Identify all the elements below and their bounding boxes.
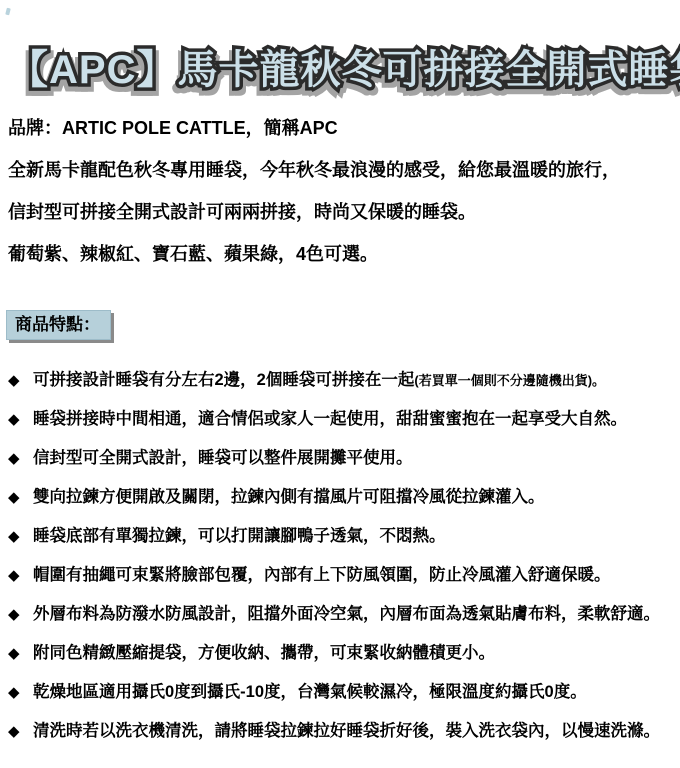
feature-text: 附同色精緻壓縮提袋，方便收納、攜帶，可束緊收納體積更小。: [33, 644, 495, 662]
feature-text: 外層布料為防潑水防風設計，阻擋外面冷空氣，內層布面為透氣貼膚布料，柔軟舒適。: [33, 605, 660, 623]
diamond-bullet-icon: ◆: [8, 449, 22, 469]
feature-list: ◆可拼接設計睡袋有分左右2邊，2個睡袋可拼接在一起(若買單一個則不分邊隨機出貨)…: [8, 370, 660, 760]
product-description-page: 【APC】馬卡龍秋冬可拼接全開式睡袋 【APC】馬卡龍秋冬可拼接全開式睡袋 【A…: [0, 0, 680, 768]
feature-note-tail: 。: [592, 373, 605, 388]
feature-item: ◆外層布料為防潑水防風設計，阻擋外面冷空氣，內層布面為透氣貼膚布料，柔軟舒適。: [8, 604, 660, 625]
feature-text: 雙向拉鍊方便開啟及關閉，拉鍊內側有擋風片可阻擋冷風從拉鍊灌入。: [33, 488, 545, 506]
diamond-bullet-icon: ◆: [8, 605, 22, 625]
diamond-bullet-icon: ◆: [8, 410, 22, 430]
brand-line: 品牌：ARTIC POLE CATTLE，簡稱APC: [8, 118, 620, 138]
diamond-bullet-icon: ◆: [8, 371, 22, 391]
diamond-bullet-icon: ◆: [8, 644, 22, 664]
intro-line-4: 葡萄紫、辣椒紅、寶石藍、蘋果綠，4色可選。: [8, 244, 620, 264]
diamond-bullet-icon: ◆: [8, 527, 22, 547]
feature-note: (若買單一個則不分邊隨機出貨): [414, 373, 592, 388]
feature-text: 睡袋底部有單獨拉鍊，可以打開讓腳鴨子透氣，不悶熱。: [33, 527, 446, 545]
feature-item: ◆清洗時若以洗衣機清洗，請將睡袋拉鍊拉好睡袋折好後，裝入洗衣袋內，以慢速洗滌。: [8, 721, 660, 742]
feature-item: ◆睡袋底部有單獨拉鍊，可以打開讓腳鴨子透氣，不悶熱。: [8, 526, 660, 547]
section-header-features: 商品特點：: [6, 310, 111, 340]
feature-text: 睡袋拼接時中間相通，適合情侶或家人一起使用，甜甜蜜蜜抱在一起享受大自然。: [33, 410, 627, 428]
feature-text: 乾燥地區適用攝氏0度到攝氏-10度，台灣氣候較濕冷，極限溫度約攝氏0度。: [33, 683, 587, 701]
feature-item: ◆信封型可全開式設計，睡袋可以整件展開攤平使用。: [8, 448, 660, 469]
stray-mark-icon: [5, 8, 11, 16]
feature-text: 帽圍有抽繩可束緊將臉部包覆，內部有上下防風領圍，防止冷風灌入舒適保暖。: [33, 566, 611, 584]
diamond-bullet-icon: ◆: [8, 566, 22, 586]
feature-item: ◆雙向拉鍊方便開啟及關閉，拉鍊內側有擋風片可阻擋冷風從拉鍊灌入。: [8, 487, 660, 508]
intro-line-3: 信封型可拼接全開式設計可兩兩拼接，時尚又保暖的睡袋。: [8, 202, 620, 222]
feature-text: 信封型可全開式設計，睡袋可以整件展開攤平使用。: [33, 449, 413, 467]
feature-text: 清洗時若以洗衣機清洗，請將睡袋拉鍊拉好睡袋折好後，裝入洗衣袋內，以慢速洗滌。: [33, 722, 660, 740]
diamond-bullet-icon: ◆: [8, 722, 22, 742]
feature-item: ◆附同色精緻壓縮提袋，方便收納、攜帶，可束緊收納體積更小。: [8, 643, 660, 664]
diamond-bullet-icon: ◆: [8, 488, 22, 508]
diamond-bullet-icon: ◆: [8, 683, 22, 703]
feature-item: ◆睡袋拼接時中間相通，適合情侶或家人一起使用，甜甜蜜蜜抱在一起享受大自然。: [8, 409, 660, 430]
feature-item: ◆乾燥地區適用攝氏0度到攝氏-10度，台灣氣候較濕冷，極限溫度約攝氏0度。: [8, 682, 660, 703]
feature-item: ◆帽圍有抽繩可束緊將臉部包覆，內部有上下防風領圍，防止冷風灌入舒適保暖。: [8, 565, 660, 586]
intro-line-2: 全新馬卡龍配色秋冬專用睡袋，今年秋冬最浪漫的感受，給您最溫暖的旅行，: [8, 160, 620, 180]
feature-item: ◆可拼接設計睡袋有分左右2邊，2個睡袋可拼接在一起(若買單一個則不分邊隨機出貨)…: [8, 370, 660, 391]
feature-text: 可拼接設計睡袋有分左右2邊，2個睡袋可拼接在一起: [33, 371, 414, 389]
page-title-text: 【APC】馬卡龍秋冬可拼接全開式睡袋: [8, 42, 680, 98]
intro-paragraphs: 品牌：ARTIC POLE CATTLE，簡稱APC 全新馬卡龍配色秋冬專用睡袋…: [8, 118, 620, 286]
